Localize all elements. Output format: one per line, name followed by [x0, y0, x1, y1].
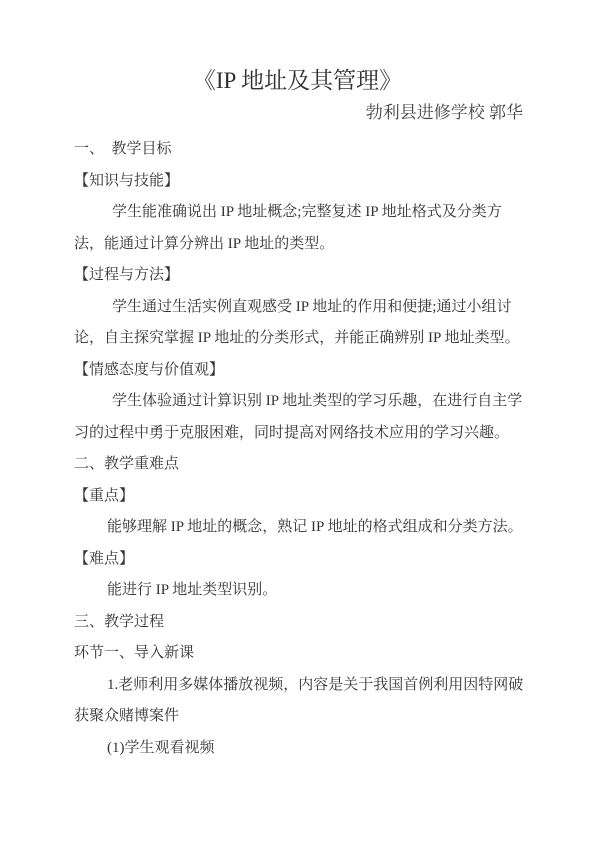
document-title: 《IP 地址及其管理》: [0, 0, 595, 98]
document-body: 一、 教学目标 【知识与技能】 学生能准确说出 IP 地址概念;完整复述 IP …: [74, 134, 533, 764]
section-heading: 一、 教学目标: [74, 134, 533, 166]
section-heading: 三、教学过程: [74, 607, 533, 639]
body-text-line: (1)学生观看视频: [74, 733, 533, 765]
body-text-line: 学生能准确说出 IP 地址概念;完整复述 IP 地址格式及分类方: [74, 197, 533, 229]
body-text-line: 能够理解 IP 地址的概念，熟记 IP 地址的格式组成和分类方法。: [74, 512, 533, 544]
bracket-heading: 【重点】: [74, 481, 533, 513]
body-text-line: 获聚众赌博案件: [74, 701, 533, 733]
bracket-heading: 【难点】: [74, 544, 533, 576]
body-text-line: 学生体验通过计算识别 IP 地址类型的学习乐趣，在进行自主学: [74, 386, 533, 418]
bracket-heading: 【情感态度与价值观】: [74, 355, 533, 387]
body-text-line: 论，自主探究掌握 IP 地址的分类形式，并能正确辨别 IP 地址类型。: [74, 323, 533, 355]
body-text-line: 法，能通过计算分辨出 IP 地址的类型。: [74, 229, 533, 261]
bracket-heading: 【知识与技能】: [74, 166, 533, 198]
body-text-line: 能进行 IP 地址类型识别。: [74, 575, 533, 607]
body-text-line: 习的过程中勇于克服困难，同时提高对网络技术应用的学习兴趣。: [74, 418, 533, 450]
section-heading: 环节一、导入新课: [74, 638, 533, 670]
section-heading: 二、教学重难点: [74, 449, 533, 481]
body-text-line: 学生通过生活实例直观感受 IP 地址的作用和便捷;通过小组讨: [74, 292, 533, 324]
document-byline: 勃利县进修学校 郭华: [0, 100, 595, 126]
body-text-line: 1.老师利用多媒体播放视频，内容是关于我国首例利用因特网破: [74, 670, 533, 702]
document-page: 《IP 地址及其管理》 勃利县进修学校 郭华 一、 教学目标 【知识与技能】 学…: [0, 0, 595, 842]
bracket-heading: 【过程与方法】: [74, 260, 533, 292]
